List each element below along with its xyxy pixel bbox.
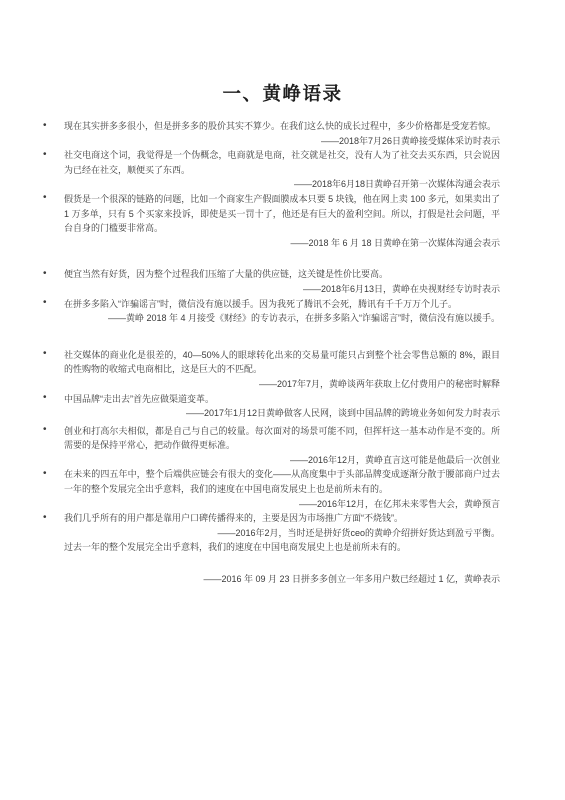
quote-item: • 便宜当然有好货，因为整个过程我们压缩了大量的供应链，这关键是性价比要高。 —…: [64, 267, 500, 296]
bullet-icon: •: [43, 347, 47, 362]
bullet-icon: •: [43, 119, 47, 134]
quote-item: • 中国品牌“走出去”首先应做渠道变革。 ——2017年1月12日黄峥做客人民网…: [64, 392, 500, 421]
quote-attribution: ——2018 年 6 月 18 日黄峥在第一次媒体沟通会表示: [64, 236, 500, 251]
bullet-icon: •: [43, 191, 47, 206]
quote-attribution: ——2016年12月，黄峥直言这可能是他最后一次创业: [64, 453, 500, 468]
page-title: 一、黄峥语录: [0, 0, 565, 106]
quote-attribution: ——2018年6月18日黄峥召开第一次媒体沟通会表示: [64, 177, 500, 192]
quote-item: • 假货是一个很深的链路的问题，比如一个商家生产假面膜成本只要 5 块钱，他在网…: [64, 192, 500, 250]
bullet-icon: •: [43, 511, 47, 526]
quote-item: • 我们几乎所有的用户都是靠用户口碑传播得来的，主要是因为市场推广方面“不烧钱”…: [64, 511, 500, 540]
bullet-icon: •: [43, 148, 47, 163]
bullet-icon: •: [43, 296, 47, 311]
quote-attribution: ——2018年7月26日黄峥接受媒体采访时表示: [64, 134, 500, 149]
quote-text: 假货是一个很深的链路的问题，比如一个商家生产假面膜成本只要 5 块钱，他在网上卖…: [64, 192, 500, 236]
bullet-icon: •: [43, 391, 47, 406]
quote-text: 在未来的四五年中，整个后端供应链会有很大的变化——从高度集中于头部品牌变成逐渐分…: [64, 467, 500, 496]
quotes-list: • 现在其实拼多多很小，但是拼多多的股价其实不算少。在我们这么快的成长过程中，多…: [64, 119, 500, 587]
bullet-icon: •: [43, 467, 47, 482]
quote-attribution: ——2016年12月，在亿邦未来零售大会，黄峥预言: [64, 497, 500, 512]
quote-text: 社交媒体的商业化是很差的，40—50%人的眼球转化出来的交易量可能只占到整个社会…: [64, 348, 500, 377]
quote-text: 社交电商这个词，我觉得是一个伪概念，电商就是电商，社交就是社交，没有人为了社交去…: [64, 148, 500, 177]
quote-attribution: ——2018年6月13日，黄峥在央视财经专访时表示: [64, 282, 500, 297]
document-page: 一、黄峥语录 • 现在其实拼多多很小，但是拼多多的股价其实不算少。在我们这么快的…: [0, 0, 565, 800]
quote-attribution: ——黄峥 2018 年 4 月接受《财经》的专访表示，在拼多多陷入“诈骗谣言”时…: [64, 311, 500, 326]
quote-text: 便宜当然有好货，因为整个过程我们压缩了大量的供应链，这关键是性价比要高。: [64, 267, 500, 282]
continuation-line: 过去一年的整个发展完全出乎意料，我们的速度在中国电商发展史上也是前所未有的。: [64, 540, 500, 555]
quote-attribution: ——2017年7月，黄峥谈两年获取上亿付费用户的秘密时解释: [64, 377, 500, 392]
blank-line: [64, 555, 500, 572]
quote-item: • 创业和打高尔夫相似，都是自己与自己的较量。每次面对的场景可能不同，但挥杆这一…: [64, 424, 500, 468]
quote-text: 中国品牌“走出去”首先应做渠道变革。: [64, 392, 500, 407]
closing-attribution: ——2016 年 09 月 23 日拼多多创立一年多用户数已经超过 1 亿，黄峥…: [64, 572, 500, 587]
quote-text: 我们几乎所有的用户都是靠用户口碑传播得来的，主要是因为市场推广方面“不烧钱”。: [64, 511, 500, 526]
quote-item: • 现在其实拼多多很小，但是拼多多的股价其实不算少。在我们这么快的成长过程中，多…: [64, 119, 500, 148]
quote-attribution: ——2016年2月，当时还是拼好货ceo的黄峥介绍拼好货达到盈亏平衡。: [64, 526, 500, 541]
quotes-mount: • 现在其实拼多多很小，但是拼多多的股价其实不算少。在我们这么快的成长过程中，多…: [64, 119, 500, 540]
quote-text: 在拼多多陷入“诈骗谣言”时，微信没有施以援手。因为我死了腾讯不会死，腾讯有千千万…: [64, 297, 500, 312]
quote-text: 现在其实拼多多很小，但是拼多多的股价其实不算少。在我们这么快的成长过程中，多少价…: [64, 119, 500, 134]
quote-item: • 社交电商这个词，我觉得是一个伪概念，电商就是电商，社交就是社交，没有人为了社…: [64, 148, 500, 192]
quote-item: • 社交媒体的商业化是很差的，40—50%人的眼球转化出来的交易量可能只占到整个…: [64, 348, 500, 392]
quote-item: • 在未来的四五年中，整个后端供应链会有很大的变化——从高度集中于头部品牌变成逐…: [64, 467, 500, 511]
quote-text: 创业和打高尔夫相似，都是自己与自己的较量。每次面对的场景可能不同，但挥杆这一基本…: [64, 424, 500, 453]
bullet-icon: •: [43, 423, 47, 438]
quote-item: • 在拼多多陷入“诈骗谣言”时，微信没有施以援手。因为我死了腾讯不会死，腾讯有千…: [64, 297, 500, 326]
bullet-icon: •: [43, 267, 47, 282]
quote-attribution: ——2017年1月12日黄峥做客人民网，谈到中国品牌的跨境业务如何发力时表示: [64, 406, 500, 421]
